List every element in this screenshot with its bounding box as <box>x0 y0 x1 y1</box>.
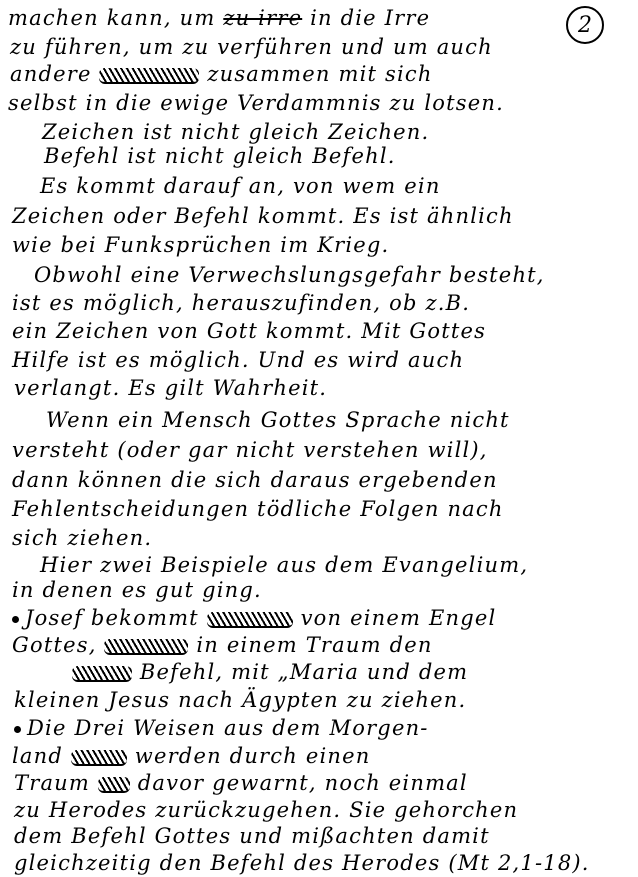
handwritten-line: land werden durch einen <box>12 746 370 767</box>
handwritten-line: Zeichen oder Befehl kommt. Es ist ähnlic… <box>12 206 514 227</box>
handwritten-line: verlangt. Es gilt Wahrheit. <box>14 378 327 399</box>
handwritten-line: Wenn ein Mensch Gottes Sprache nicht <box>46 410 510 431</box>
scribbled-out-word <box>99 68 199 84</box>
scribbled-out-word <box>104 639 188 655</box>
handwritten-line: machen kann, um zu irre in die Irre <box>8 8 430 29</box>
handwritten-line: sich ziehen. <box>12 528 152 549</box>
handwritten-line: gleichzeitig den Befehl des Herodes (Mt … <box>14 853 590 874</box>
handwritten-line: Zeichen ist nicht gleich Zeichen. <box>42 122 429 143</box>
handwritten-line: zu führen, um zu verführen und um auch <box>10 37 493 58</box>
handwritten-line: ist es möglich, herauszufinden, ob z.B. <box>12 293 470 314</box>
page-number-circle: 2 <box>566 6 604 44</box>
bullet-dot <box>12 616 19 623</box>
handwritten-line: andere zusammen mit sich <box>10 64 433 85</box>
handwritten-line: wie bei Funksprüchen im Krieg. <box>12 235 389 256</box>
bullet-dot <box>14 726 21 733</box>
scribbled-out-word <box>71 750 127 766</box>
handwritten-page: 2 machen kann, um zu irre in die Irrezu … <box>0 0 638 877</box>
struck-out-word: zu irre <box>223 6 302 30</box>
handwritten-line: Befehl, mit „Maria und dem <box>72 662 468 683</box>
handwritten-line: Hier zwei Beispiele aus dem Evangelium, <box>40 555 528 576</box>
handwritten-line: kleinen Jesus nach Ägypten zu ziehen. <box>14 690 466 711</box>
handwritten-line: selbst in die ewige Verdammnis zu lotsen… <box>8 93 504 114</box>
handwritten-line: dem Befehl Gottes und mißachten damit <box>14 826 490 847</box>
handwritten-line: Josef bekommt von einem Engel <box>12 608 496 629</box>
handwritten-line: Traum davor gewarnt, noch einmal <box>14 773 468 794</box>
scribbled-out-word <box>207 612 293 628</box>
handwritten-line: Es kommt darauf an, von wem ein <box>40 176 441 197</box>
handwritten-line: ein Zeichen von Gott kommt. Mit Gottes <box>12 321 486 342</box>
handwritten-line: Die Drei Weisen aus dem Morgen- <box>14 718 429 739</box>
handwritten-line: Befehl ist nicht gleich Befehl. <box>44 146 396 167</box>
handwritten-line: Gottes, in einem Traum den <box>12 635 433 656</box>
handwritten-line: Obwohl eine Verwechslungsgefahr besteht, <box>34 265 545 286</box>
handwritten-line: Hilfe ist es möglich. Und es wird auch <box>12 350 464 371</box>
scribbled-out-word <box>98 777 130 793</box>
handwritten-line: zu Herodes zurückzugehen. Sie gehorchen <box>14 800 518 821</box>
handwritten-line: in denen es gut ging. <box>12 580 262 601</box>
scribbled-out-word <box>72 666 132 682</box>
handwritten-line: versteht (oder gar nicht verstehen will)… <box>12 440 488 461</box>
handwritten-line: Fehlentscheidungen tödliche Folgen nach <box>12 499 504 520</box>
handwritten-line: dann können die sich daraus ergebenden <box>12 470 498 491</box>
